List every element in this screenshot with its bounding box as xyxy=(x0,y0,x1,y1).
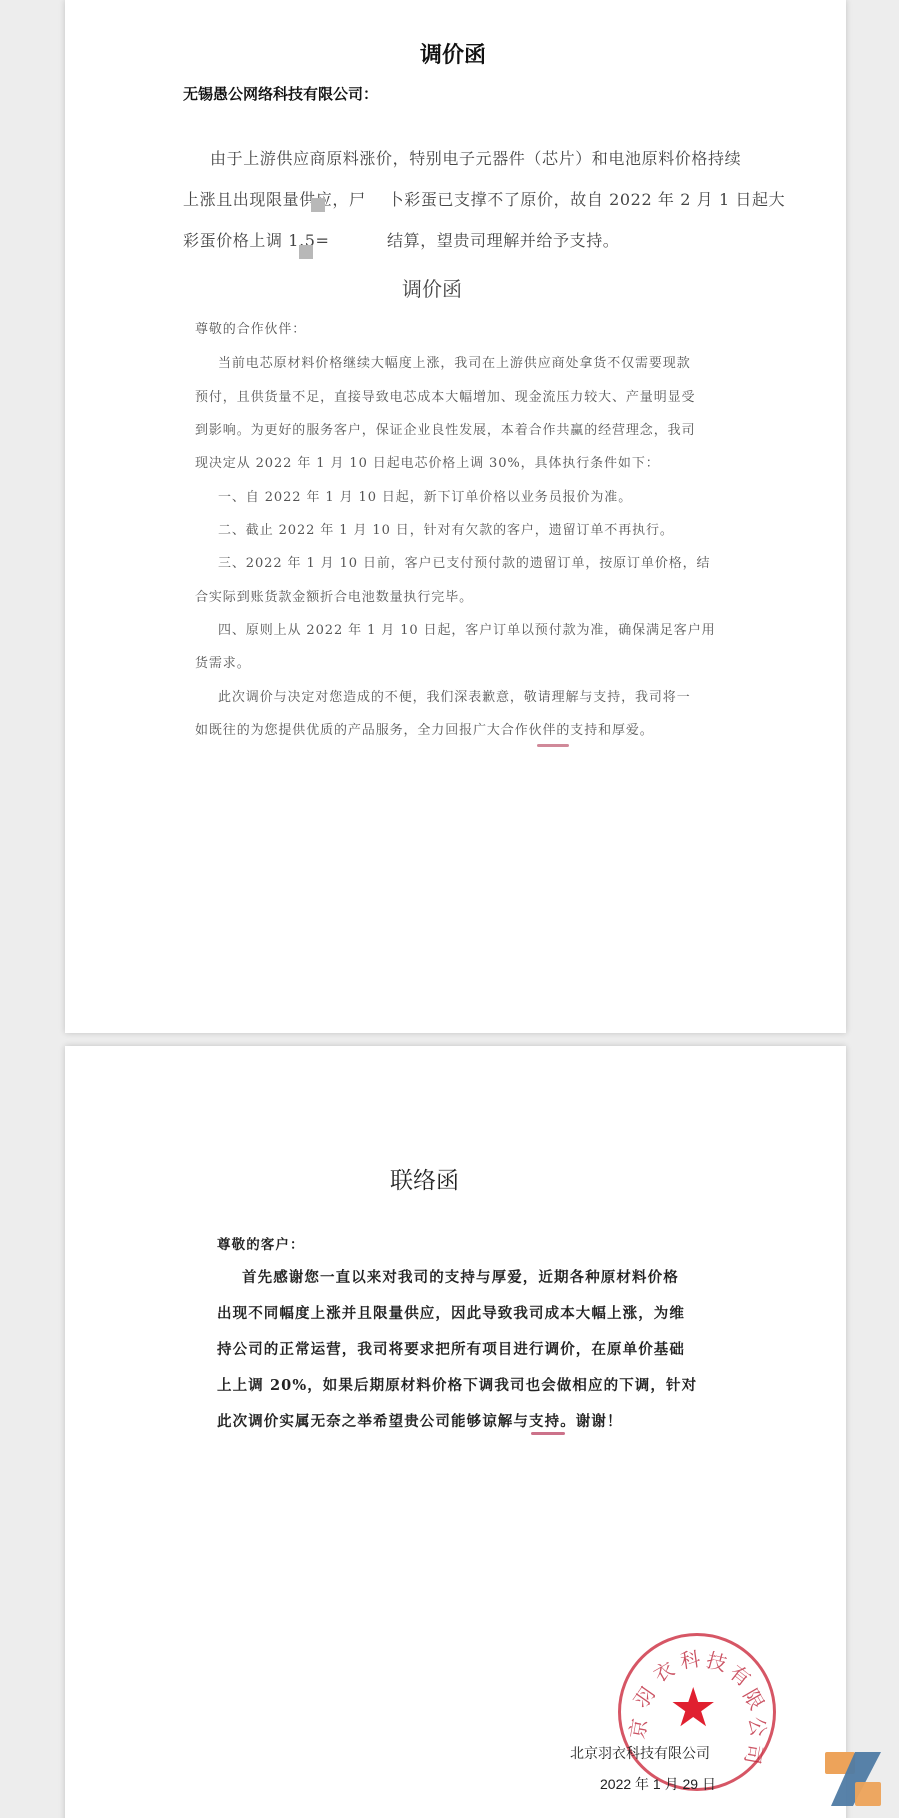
seal-char: 羽 xyxy=(625,1680,660,1713)
letter1-line-part: 彩蛋已支撑不了原价，故自 2022 年 2 月 1 日起大 xyxy=(404,190,785,209)
letter2-line: 三、2022 年 1 月 10 日前，客户已支付预付款的遗留订单，按原订单价格，… xyxy=(218,552,710,571)
letter2-line: 到影响。为更好的服务客户，保证企业良性发展，本着合作共赢的经营理念，我司 xyxy=(195,419,695,438)
document-page-1: 调价函 无锡愚公网络科技有限公司： 由于上游供应商原料涨价，特别电子元器件（芯片… xyxy=(65,0,846,1033)
letter2-title: 调价函 xyxy=(402,273,462,302)
letter3-title: 联络函 xyxy=(390,1162,459,1195)
letter1-title: 调价函 xyxy=(420,38,486,69)
letter2-line: 预付，且供货量不足，直接导致电芯成本大幅增加、现金流压力较大、产量明显受 xyxy=(195,386,695,405)
letter1-line-fragment: 尸 xyxy=(349,190,366,209)
signature-date: 2022 年 1 月 29 日 xyxy=(600,1774,716,1794)
letter3-line: 首先感谢您一直以来对我司的支持与厚爱，近期各种原材料价格 xyxy=(242,1266,679,1287)
letter2-line: 合实际到账货款金额折合电池数量执行完毕。 xyxy=(195,586,473,605)
letter3-line: 持公司的正常运营，我司将要求把所有项目进行调价，在原单价基础 xyxy=(217,1338,685,1359)
letter2-line: 此次调价与决定对您造成的不便，我们深表歉意，敬请理解与支持，我司将一 xyxy=(218,686,691,705)
letter1-recipient: 无锡愚公网络科技有限公司： xyxy=(183,83,378,104)
letter2-line: 现决定从 2022 年 1 月 10 日起电芯价格上调 30%，具体执行条件如下… xyxy=(195,452,660,471)
seal-char: 京 xyxy=(621,1716,653,1741)
letter2-greeting: 尊敬的合作伙伴： xyxy=(195,318,306,337)
letter1-line: 由于上游供应商原料涨价，特别电子元器件（芯片）和电池原料价格持续 xyxy=(210,146,741,169)
letter1-line-fragment: = xyxy=(316,231,330,250)
signature-company: 北京羽衣科技有限公司 xyxy=(570,1743,710,1763)
document-page-2: 联络函 尊敬的客户： 首先感谢您一直以来对我司的支持与厚爱，近期各种原材料价格 … xyxy=(65,1046,846,1818)
letter2-line: 一、自 2022 年 1 月 10 日起，新下订单价格以业务员报价为准。 xyxy=(218,486,632,505)
company-seal: 京 羽 衣 科 技 有 限 公 司 ★ xyxy=(618,1633,776,1791)
seal-star-icon: ★ xyxy=(669,1681,717,1735)
seal-char: 司 xyxy=(739,1742,771,1767)
ink-mark xyxy=(537,744,569,747)
letter2-line: 二、截止 2022 年 1 月 10 日，针对有欠款的客户，遗留订单不再执行。 xyxy=(218,519,674,538)
letter3-line: 出现不同幅度上涨并且限量供应，因此导致我司成本大幅上涨，为维 xyxy=(217,1302,685,1323)
letter1-line: 上涨且出现限量供应，尸卜彩蛋已支撑不了原价，故自 2022 年 2 月 1 日起… xyxy=(183,187,785,210)
z-logo-icon xyxy=(825,1750,883,1808)
seal-char: 公 xyxy=(743,1715,775,1739)
letter1-line: 结算，望贵司理解并给予支持。 xyxy=(387,228,619,251)
letter2-line: 四、原则上从 2022 年 1 月 10 日起，客户订单以预付款为准，确保满足客… xyxy=(218,619,716,638)
letter3-greeting: 尊敬的客户： xyxy=(217,1233,305,1253)
letter1-line-fragment: 卜 xyxy=(388,190,405,209)
letter1-line-part: 彩蛋价格上调 1.5 xyxy=(183,231,316,250)
seal-char: 技 xyxy=(704,1644,731,1677)
letter3-line: 上上调 20%，如果后期原材料价格下调我司也会做相应的下调，针对 xyxy=(217,1374,697,1395)
redaction-mark xyxy=(299,245,313,259)
letter2-line: 如既往的为您提供优质的产品服务，全力回报广大合作伙伴的支持和厚爱。 xyxy=(195,719,654,738)
ink-mark xyxy=(531,1432,565,1435)
letter3-line: 此次调价实属无奈之举希望贵公司能够谅解与支持。谢谢！ xyxy=(217,1410,623,1431)
letter2-line: 货需求。 xyxy=(195,652,251,671)
letter2-line: 当前电芯原材料价格继续大幅度上涨，我司在上游供应商处拿货不仅需要现款 xyxy=(218,352,691,371)
redaction-mark xyxy=(311,198,325,212)
seal-char: 科 xyxy=(678,1643,702,1675)
